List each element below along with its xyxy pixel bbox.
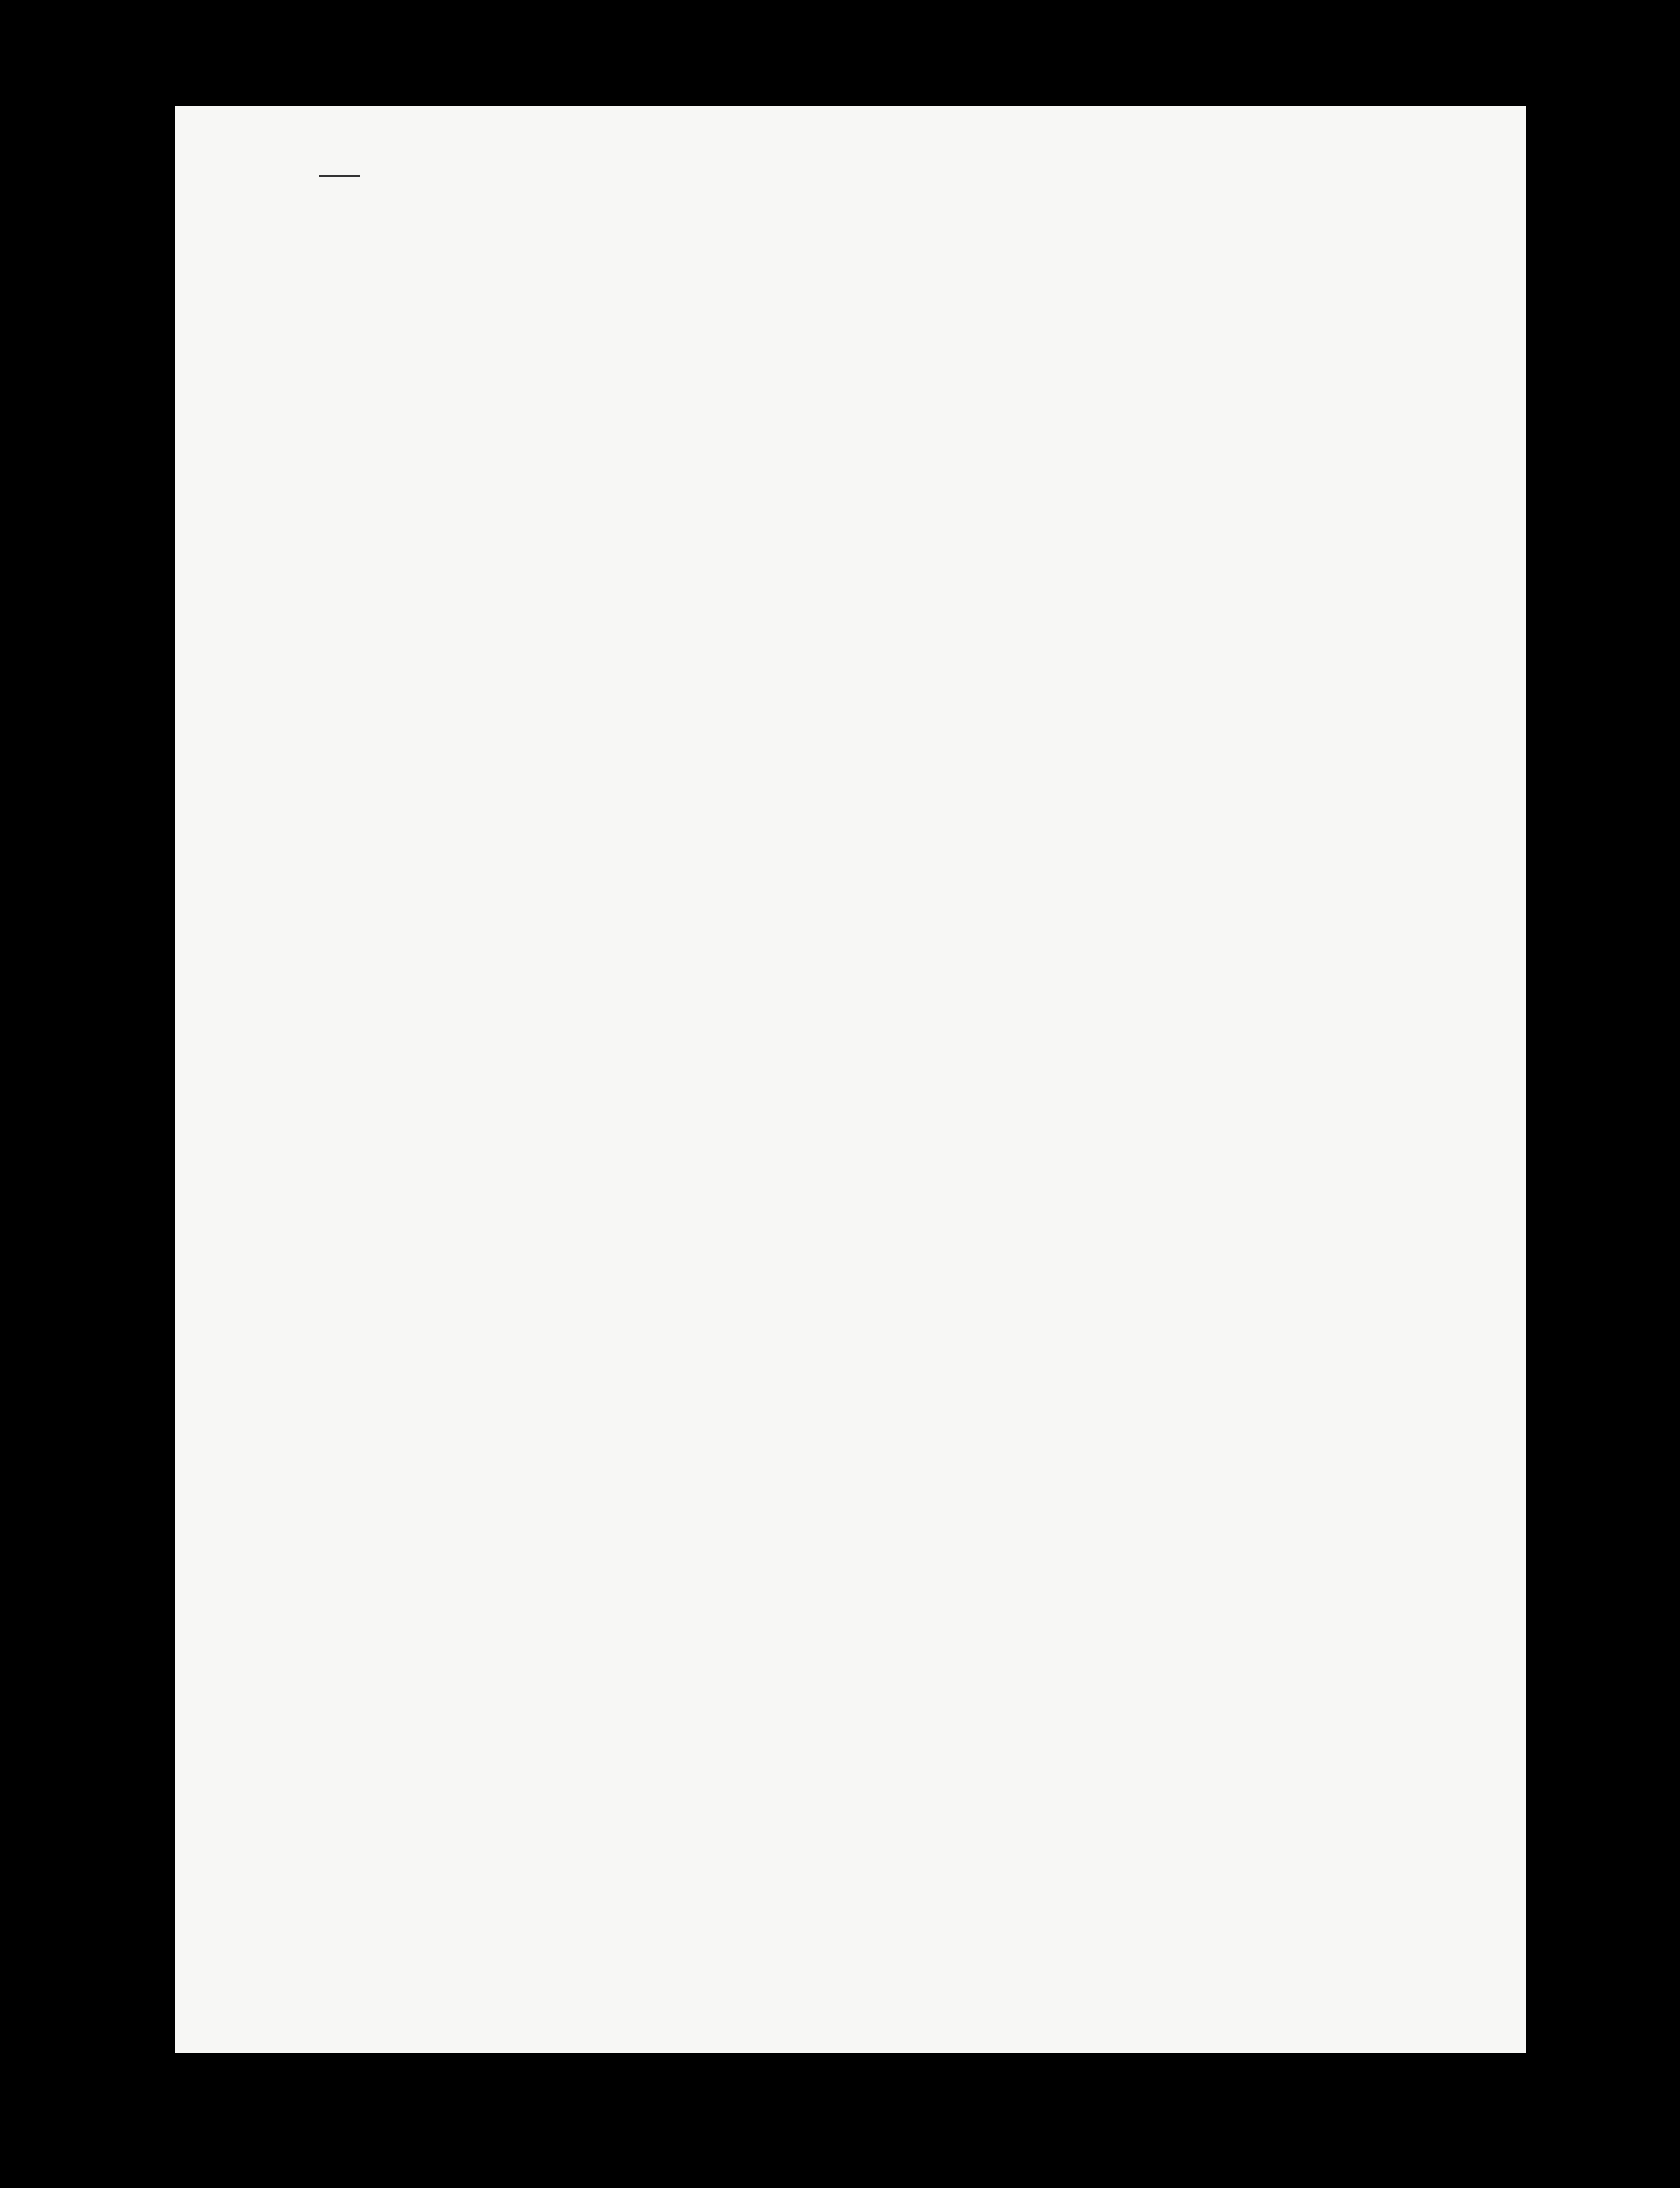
census-page (175, 106, 1526, 2053)
page-number (319, 175, 360, 177)
